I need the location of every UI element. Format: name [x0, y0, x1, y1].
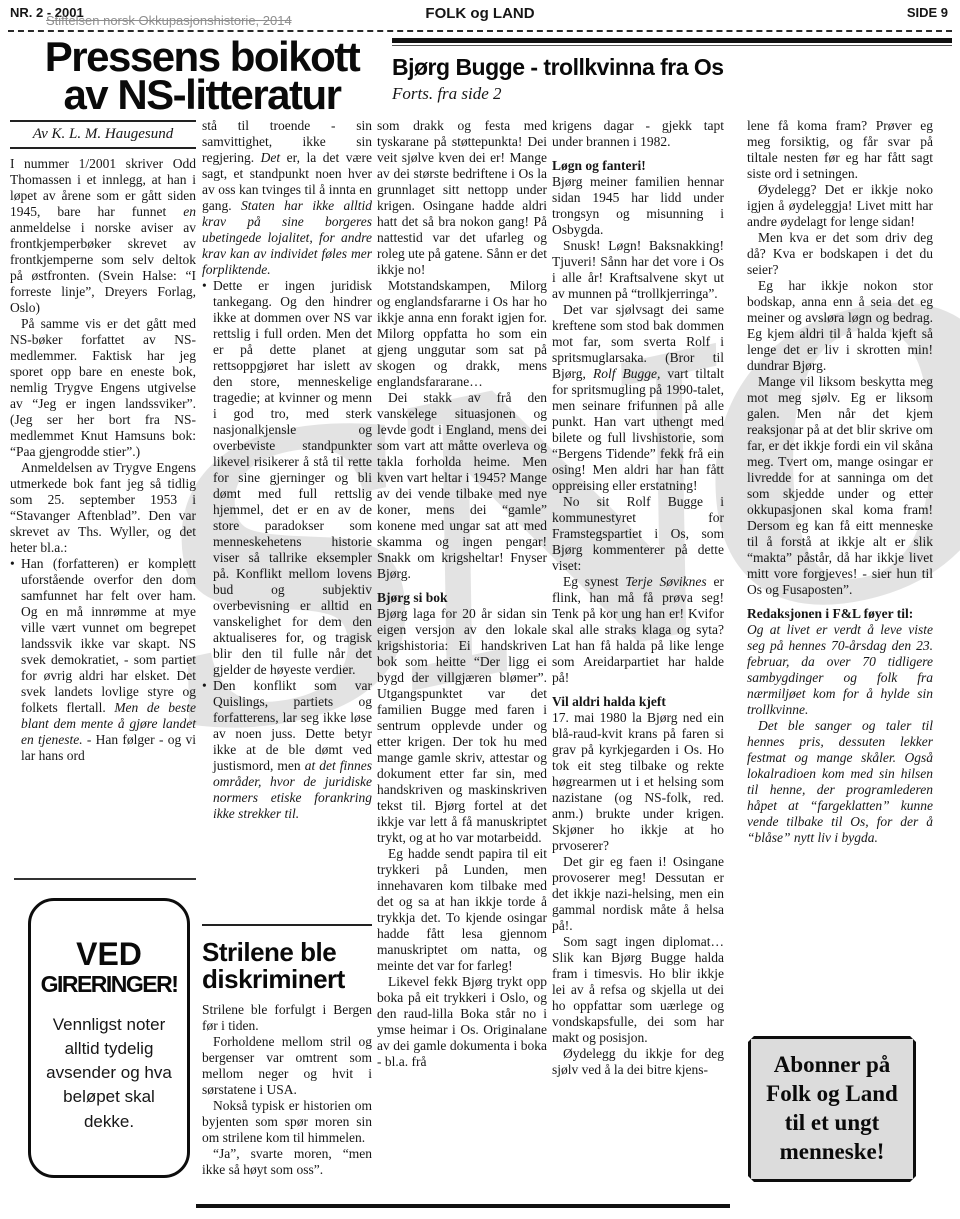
column-4-text: krigens dagar - gjekk tapt under brannen… — [552, 118, 724, 1078]
article-paragraph: Dette er ingen juridisk tankegang. Og de… — [202, 278, 372, 678]
article-paragraph: Som sagt ingen diplomat… Slik kan Bjørg … — [552, 934, 724, 1046]
paper-title: FOLK og LAND — [0, 5, 960, 22]
strilene-article: Strilene ble diskriminert Strilene ble f… — [202, 924, 372, 1178]
continued-from-note: Forts. fra side 2 — [392, 84, 952, 104]
subscribe-ad-line4: menneske! — [751, 1137, 913, 1166]
column-1-text: I nummer 1/2001 skriver Odd Thomassen i … — [10, 156, 196, 764]
article-paragraph: Øydelegg? Det er ikkje noko igjen å øyde… — [747, 182, 933, 230]
article-paragraph: Det gir eg faen i! Osingane provoserer m… — [552, 854, 724, 934]
strilene-text: Strilene ble forfulgt i Bergen før i tid… — [202, 1002, 372, 1178]
article-subhead: Redaksjonen i F&L føyer til: — [747, 606, 933, 622]
bottom-rule — [196, 1204, 730, 1208]
article-paragraph: Strilene ble forfulgt i Bergen før i tid… — [202, 1002, 372, 1034]
article-paragraph: krigens dagar - gjekk tapt under brannen… — [552, 118, 724, 150]
column-5-text: lene få koma fram? Prøver eg meg forsikt… — [747, 118, 933, 846]
article-paragraph: På samme vis er det gått med NS-bøker fo… — [10, 316, 196, 460]
article-paragraph: Den konflikt som var Quislings, partiets… — [202, 678, 372, 822]
thin-rule — [392, 45, 952, 46]
column-1-end-rule — [14, 878, 196, 880]
article-subhead: Vil aldri halda kjeft — [552, 694, 724, 710]
bugge-article-header: Bjørg Bugge - trollkvinna fra Os Forts. … — [392, 38, 952, 104]
column-4: krigens dagar - gjekk tapt under brannen… — [552, 118, 724, 1078]
subscribe-ad-box: Abonner på Folk og Land til et ungt menn… — [748, 1036, 916, 1182]
article-paragraph: Likevel fekk Bjørg trykt opp boka på eit… — [377, 974, 547, 1070]
subscribe-ad-line2: Folk og Land — [751, 1079, 913, 1108]
article-paragraph: Eg synest Terje Søviknes er flink, han m… — [552, 574, 724, 686]
article-paragraph: lene få koma fram? Prøver eg meg forsikt… — [747, 118, 933, 182]
subscribe-ad-line1: Abonner på — [751, 1050, 913, 1079]
column-1: Av K. L. M. Haugesund I nummer 1/2001 sk… — [10, 120, 196, 764]
masthead-rule — [8, 30, 952, 32]
article-paragraph: No sit Rolf Bugge i kommunestyret for Fr… — [552, 494, 724, 574]
article-paragraph: Og at livet er verdt å leve viste seg på… — [747, 622, 933, 718]
article-paragraph: Øydelegg du ikkje for deg sjølv ved å la… — [552, 1046, 724, 1078]
strilene-headline: Strilene ble diskriminert — [202, 939, 372, 993]
article-subhead: Bjørg si bok — [377, 590, 547, 606]
column-2: stå til troende - sin samvittighet, ikke… — [202, 118, 372, 822]
column-3-text: som drakk og festa med tyskarane på støt… — [377, 118, 547, 1070]
column-2-text: stå til troende - sin samvittighet, ikke… — [202, 118, 372, 822]
column-3: som drakk og festa med tyskarane på støt… — [377, 118, 547, 1070]
article-paragraph: Bjørg meiner familien hennar sidan 1945 … — [552, 174, 724, 238]
article-paragraph: I nummer 1/2001 skriver Odd Thomassen i … — [10, 156, 196, 316]
article-subhead: Løgn og fanteri! — [552, 158, 724, 174]
page-number: SIDE 9 — [907, 5, 948, 20]
article-paragraph: Det var sjølvsagt dei same kreftene som … — [552, 302, 724, 494]
thick-rule — [392, 38, 952, 43]
article-paragraph: som drakk og festa med tyskarane på støt… — [377, 118, 547, 278]
lead-headline: Pressens boikott av NS-litteratur — [16, 38, 388, 114]
newspaper-page: NR. 2 - 2001 Stiftelsen norsk Okkupasjon… — [0, 0, 960, 1219]
bugge-headline: Bjørg Bugge - trollkvinna fra Os — [392, 54, 952, 81]
article-paragraph: “Ja”, svarte moren, “men ikke så høyt so… — [202, 1146, 372, 1178]
article-paragraph: Bjørg laga for 20 år sidan sin eigen ver… — [377, 606, 547, 846]
article-paragraph: Forholdene mellom stril og bergenser var… — [202, 1034, 372, 1098]
article-paragraph: Eg hadde sendt papira til eit trykkeri p… — [377, 846, 547, 974]
article-paragraph: Anmeldelsen av Trygve Engens utmerkede b… — [10, 460, 196, 556]
article-paragraph: Eg har ikkje nokon stor bodskap, anna en… — [747, 278, 933, 374]
giro-notice-body: Vennligst noter alltid tydelig avsender … — [31, 1013, 187, 1134]
article-paragraph: stå til troende - sin samvittighet, ikke… — [202, 118, 372, 278]
giro-notice-box: VED GIRERINGER! Vennligst noter alltid t… — [28, 898, 190, 1178]
giro-notice-title-line1: VED — [31, 937, 187, 971]
lead-headline-line2: av NS-litteratur — [63, 71, 340, 118]
article-paragraph: 17. mai 1980 la Bjørg ned ein blå-raud-k… — [552, 710, 724, 854]
article-paragraph: Mange vil liksom beskytta meg mot meg sj… — [747, 374, 933, 598]
article-paragraph: Dei stakk av frå den vanskelege situasjo… — [377, 390, 547, 582]
article-paragraph: Nokså typisk er historien om byjenten so… — [202, 1098, 372, 1146]
masthead: NR. 2 - 2001 Stiftelsen norsk Okkupasjon… — [0, 0, 960, 36]
article-paragraph: Snusk! Løgn! Baksnakking! Tjuveri! Sånn … — [552, 238, 724, 302]
article-paragraph: Men kva er det som driv deg då? Kva er b… — [747, 230, 933, 278]
column-5: lene få koma fram? Prøver eg meg forsikt… — [747, 118, 933, 846]
article-paragraph: Motstandskampen, Milorg og englandsfarar… — [377, 278, 547, 390]
subscribe-ad-line3: til et ungt — [751, 1108, 913, 1137]
byline: Av K. L. M. Haugesund — [10, 120, 196, 149]
article-paragraph: Det ble sanger og taler til hennes pris,… — [747, 718, 933, 846]
giro-notice-title-line2: GIRERINGER! — [31, 971, 187, 997]
article-paragraph: Han (forfatteren) er komplett uforståend… — [10, 556, 196, 764]
